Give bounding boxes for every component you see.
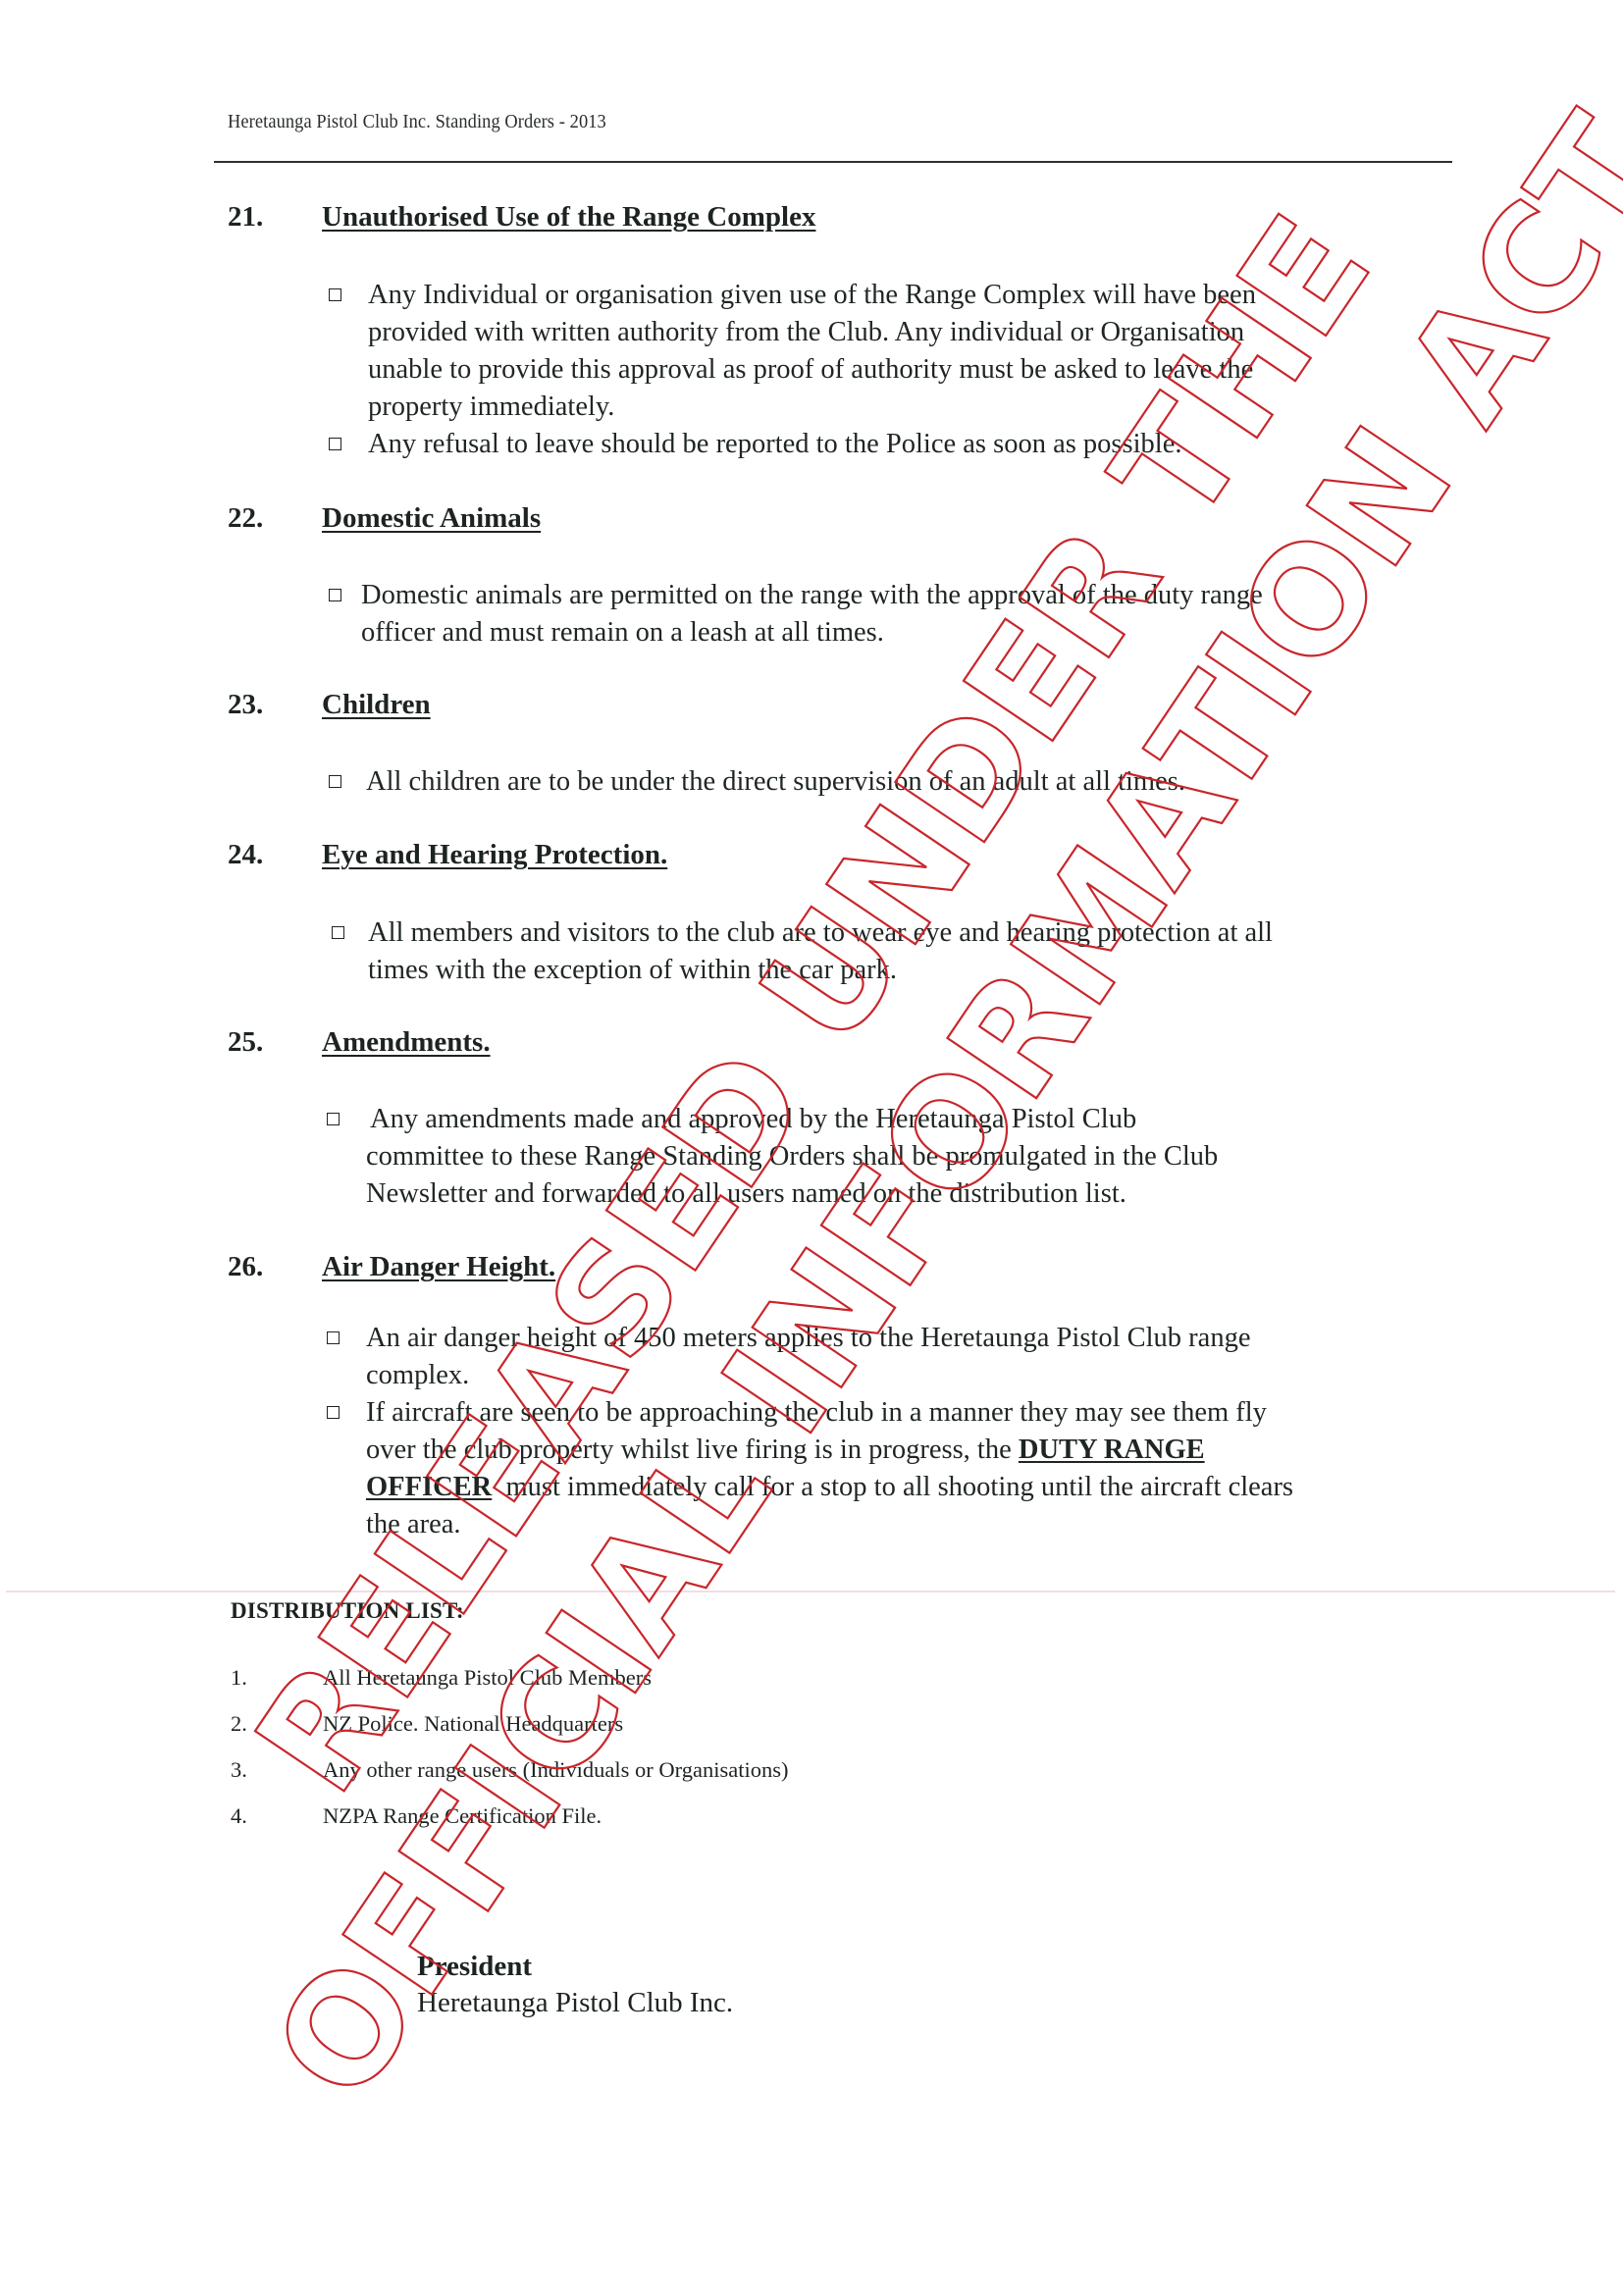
bullet-line: OFFICER must immediately call for a stop… — [366, 1469, 1293, 1506]
bullet-line: unable to provide this approval as proof… — [368, 351, 1256, 389]
section-23-heading: 23.Children — [228, 689, 431, 721]
bullet-text: over the club property whilst live firin… — [366, 1435, 1019, 1465]
item-text: All Heretaunga Pistol Club Members — [323, 1665, 652, 1690]
page-header: Heretaunga Pistol Club Inc. Standing Ord… — [228, 111, 606, 133]
checkbox-square-icon — [332, 926, 344, 939]
bullet-line: committee to these Range Standing Orders… — [366, 1138, 1218, 1175]
checkbox-square-icon — [329, 438, 341, 450]
checkbox-square-icon — [329, 589, 341, 601]
bullet-line: All members and visitors to the club are… — [368, 914, 1273, 952]
section-26-bullet-2: If aircraft are seen to be approaching t… — [366, 1394, 1293, 1543]
distribution-item: 2.NZ Police. National Headquarters — [231, 1711, 623, 1737]
bullet-line: Any refusal to leave should be reported … — [368, 426, 1181, 463]
bullet-line: times with the exception of within the c… — [368, 952, 1273, 989]
section-25-bullet-1: Any amendments made and approved by the … — [366, 1101, 1218, 1213]
signature-title: President — [417, 1951, 532, 1983]
section-22-bullet-1: Domestic animals are permitted on the ra… — [361, 577, 1263, 652]
section-26-bullet-1: An air danger height of 450 meters appli… — [366, 1320, 1250, 1394]
distribution-item: 3.Any other range users (Individuals or … — [231, 1757, 788, 1783]
checkbox-square-icon — [327, 1331, 340, 1344]
bullet-line: Any amendments made and approved by the … — [366, 1101, 1218, 1138]
duty-range-officer-emphasis: OFFICER — [366, 1472, 492, 1502]
checkbox-square-icon — [329, 775, 341, 788]
section-25-heading: 25.Amendments. — [228, 1026, 491, 1059]
item-number: 4. — [231, 1803, 323, 1829]
section-title: Air Danger Height. — [322, 1251, 555, 1282]
header-divider — [214, 161, 1452, 163]
section-number: 26. — [228, 1251, 322, 1283]
item-text: Any other range users (Individuals or Or… — [323, 1757, 788, 1782]
section-21-bullet-1: Any Individual or organisation given use… — [368, 277, 1256, 426]
section-title: Domestic Animals — [322, 502, 541, 534]
section-23-bullet-1: All children are to be under the direct … — [366, 763, 1185, 801]
section-21-bullet-2: Any refusal to leave should be reported … — [368, 426, 1181, 463]
checkbox-square-icon — [329, 288, 341, 301]
section-title: Children — [322, 689, 431, 720]
bullet-line: Newsletter and forwarded to all users na… — [366, 1175, 1218, 1213]
section-title: Unauthorised Use of the Range Complex — [322, 201, 815, 233]
distribution-item: 1.All Heretaunga Pistol Club Members — [231, 1665, 652, 1691]
item-text: NZPA Range Certification File. — [323, 1803, 602, 1828]
bullet-line: complex. — [366, 1357, 1250, 1394]
distribution-item: 4.NZPA Range Certification File. — [231, 1803, 602, 1829]
section-number: 24. — [228, 839, 322, 871]
section-26-heading: 26.Air Danger Height. — [228, 1251, 555, 1283]
bullet-line: officer and must remain on a leash at al… — [361, 614, 1263, 652]
bullet-line: provided with written authority from the… — [368, 314, 1256, 351]
item-text: NZ Police. National Headquarters — [323, 1711, 623, 1736]
checkbox-square-icon — [327, 1113, 340, 1125]
section-title: Eye and Hearing Protection. — [322, 839, 667, 870]
checkbox-square-icon — [327, 1406, 340, 1419]
section-number: 25. — [228, 1026, 322, 1059]
bullet-text: must immediately call for a stop to all … — [492, 1472, 1293, 1502]
signature-organisation: Heretaunga Pistol Club Inc. — [417, 1987, 733, 2019]
section-number: 21. — [228, 201, 322, 234]
section-21-heading: 21.Unauthorised Use of the Range Complex — [228, 201, 815, 234]
bullet-line: property immediately. — [368, 389, 1256, 426]
bullet-line: An air danger height of 450 meters appli… — [366, 1320, 1250, 1357]
bullet-line: If aircraft are seen to be approaching t… — [366, 1394, 1293, 1432]
bullet-line: All children are to be under the direct … — [366, 763, 1185, 801]
duty-range-officer-emphasis: DUTY RANGE — [1019, 1435, 1205, 1465]
item-number: 3. — [231, 1757, 323, 1783]
scan-divider — [6, 1591, 1615, 1592]
section-22-heading: 22.Domestic Animals — [228, 502, 541, 535]
section-24-bullet-1: All members and visitors to the club are… — [368, 914, 1273, 989]
section-24-heading: 24.Eye and Hearing Protection. — [228, 839, 667, 871]
section-title: Amendments. — [322, 1026, 491, 1058]
bullet-line: Any Individual or organisation given use… — [368, 277, 1256, 314]
item-number: 1. — [231, 1665, 323, 1691]
distribution-list-title: DISTRIBUTION LIST: — [231, 1598, 464, 1624]
bullet-line: the area. — [366, 1506, 1293, 1543]
item-number: 2. — [231, 1711, 323, 1737]
section-number: 22. — [228, 502, 322, 535]
bullet-line: Domestic animals are permitted on the ra… — [361, 577, 1263, 614]
section-number: 23. — [228, 689, 322, 721]
bullet-line: over the club property whilst live firin… — [366, 1432, 1293, 1469]
